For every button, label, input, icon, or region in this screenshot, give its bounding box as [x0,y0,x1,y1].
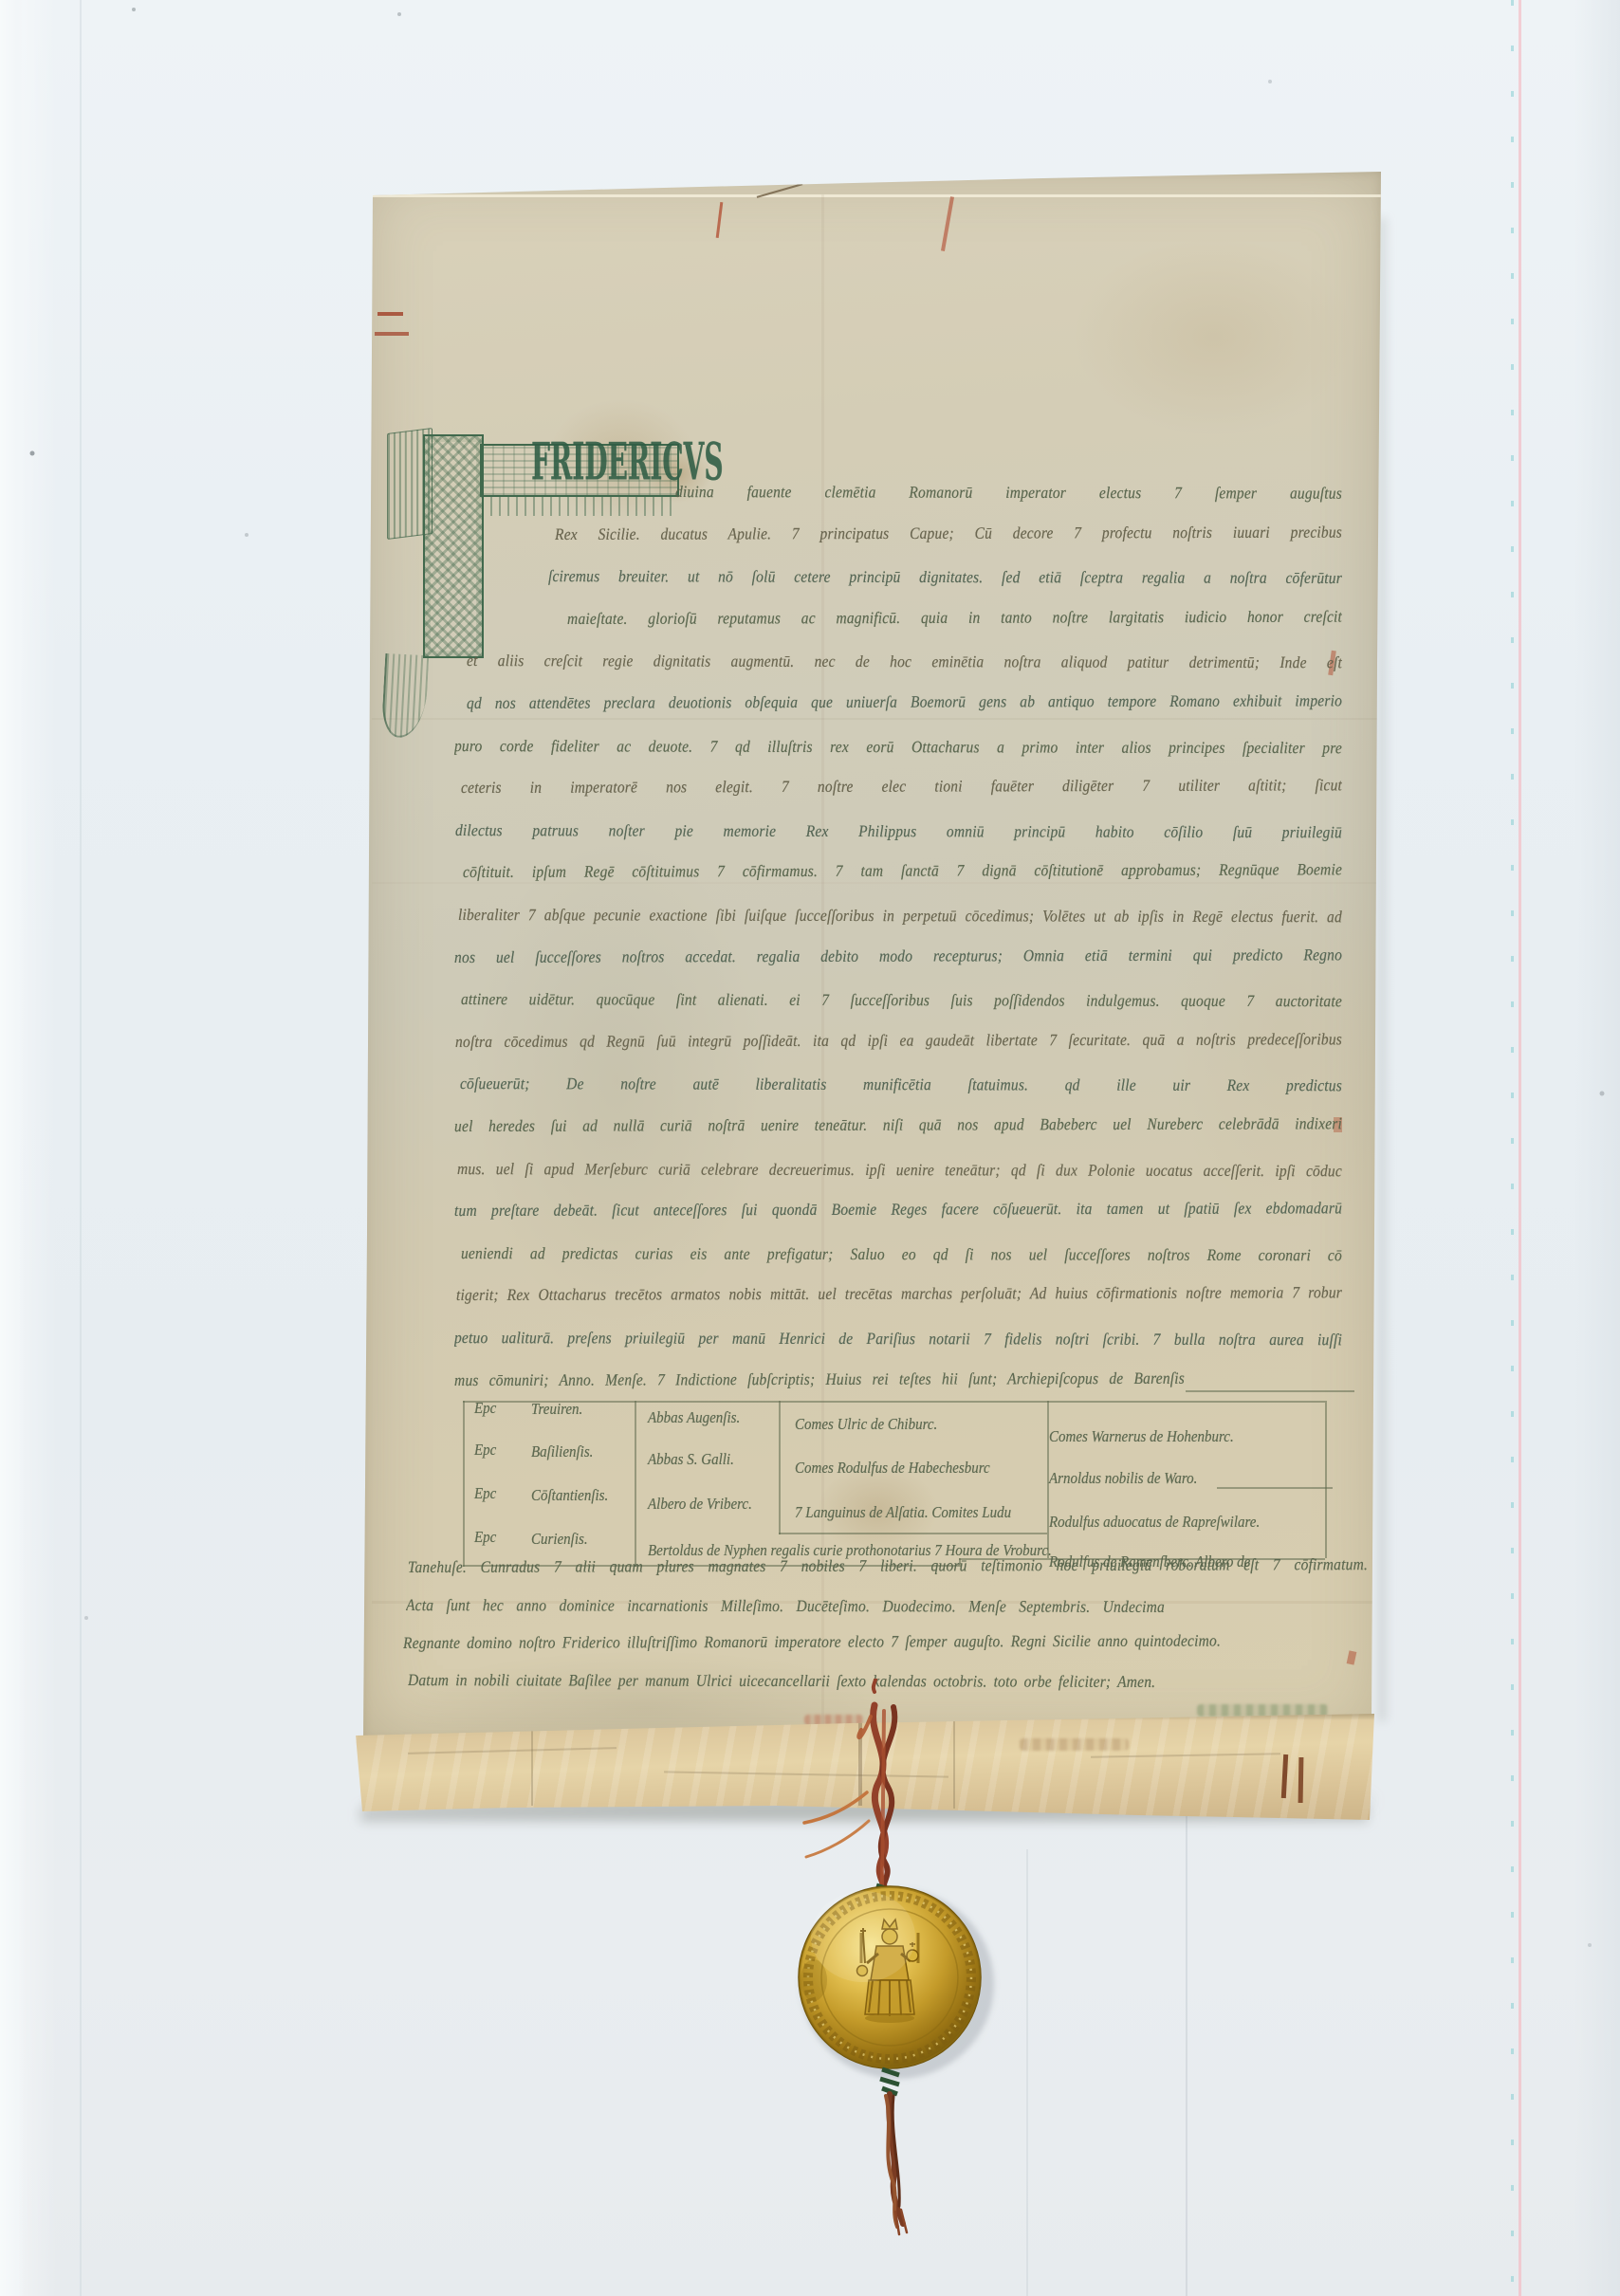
photograph-of-charter: F FRIDERICVS diuina fauente clemētia Rom… [0,0,1620,2296]
manuscript-line: maieſtate. glorioſū reputamus ac magnifi… [567,604,1342,635]
witness-cell: Epc [474,1442,496,1460]
red-stain-mark [716,202,724,238]
witness-cell: Cōſtantienſis. [531,1488,608,1506]
manuscript-line: cōſtituit. ipſum Regē cōſtituimus 7 cōfi… [463,856,1342,888]
witness-cell: Rodulfus aduocatus de Rapreſwilare. [1049,1515,1260,1533]
cord-tassel [886,2094,907,2234]
plica-wrinkle [1091,1753,1280,1757]
witness-cell: Epc [474,1401,496,1419]
red-edge-mark [1347,1650,1357,1664]
seal-assembly [768,1679,1034,2248]
manuscript-line: ceteris in imperatorē nos elegit. 7 noſt… [461,772,1342,803]
manuscript-line: nos uel ſucceſſores noſtros accedat. reg… [454,942,1342,973]
backdrop-right-band [1574,0,1620,2296]
table-rule [463,1401,465,1567]
manuscript-line: et aliis creſcit regie dignitatis augmen… [467,648,1342,678]
table-rule [1325,1401,1327,1558]
ruler-cyan-ticks [1511,0,1514,2296]
backdrop-seam [1186,1802,1187,2296]
manuscript-line: uel heredes ſui ad nullā curiā noſtrā ue… [454,1111,1342,1142]
witness-cell: Baſilienſis. [531,1444,593,1462]
closing-line: Acta ſunt hec anno dominice incarnationi… [406,1592,1165,1623]
manuscript-line: cōſueuerūt; De noſtre autē liberalitatis… [460,1071,1342,1101]
dust-specks [0,0,2,2]
faded-green-note [1197,1704,1328,1717]
seal-highlight [811,1891,915,1982]
plica-crease [531,1718,533,1806]
silk-cord-braid [804,1679,894,1893]
table-rule [779,1533,1047,1534]
manuscript-line: dilectus patruus noſter pie memorie Rex … [455,817,1342,848]
witness-cell: Abbas Augenſis. [648,1410,740,1428]
witness-cell: Epc [474,1530,496,1548]
backdrop-seam [80,0,82,2296]
red-margin-mark [377,312,403,316]
plica-mark-stroke [1281,1754,1288,1798]
witness-cell: Comes Ulric de Chiburc. [795,1417,937,1435]
closing-line: Tanehuſe. Cunradus 7 alii quam plures ma… [408,1552,1368,1583]
table-rule [635,1401,636,1567]
witness-cell: Comes Rodulfus de Habechesburc [795,1460,990,1479]
witness-cell: Curienſis. [531,1532,588,1550]
ruler-pink-line [1519,0,1521,2296]
manuscript-line: noſtra cōcedimus qd Regnū ſuū integrū po… [455,1026,1342,1057]
manuscript-line: tigerit; Rex Ottacharus trecētos armatos… [456,1279,1342,1311]
manuscript-line: qd nos attendētes preclara deuotionis ob… [467,688,1342,719]
initial-letter: F [377,427,378,428]
witness-cell: 7 Languinus de Alſatia. Comites Ludu [795,1505,1011,1523]
plica-faint-scribble [1020,1738,1129,1751]
witness-cell: Treuiren. [531,1402,582,1420]
table-rule [779,1401,781,1534]
manuscript-line: ſciremus breuiter. ut nō ſolū cetere pri… [548,563,1342,594]
manuscript-line: tum preſtare debeāt. ſicut anteceſſores … [454,1195,1342,1226]
witness-cell: Albero de Vriberc. [648,1497,752,1515]
initial-drapery-curl [381,653,430,739]
parchment-sheet: F FRIDERICVS diuina fauente clemētia Rom… [363,172,1381,1739]
manuscript-line: ueniendi ad predictas curias eis ante pr… [461,1240,1342,1271]
witness-cell: Comes Warnerus de Hohenburc. [1049,1429,1234,1447]
testes-dash [1186,1390,1354,1392]
closing-line: Regnante domino noſtro Friderico illuſtr… [403,1627,1221,1659]
manuscript-line: puro corde fideliter ac deuote. 7 qd ill… [454,733,1342,763]
red-margin-mark [375,332,409,336]
plica-mark-stroke [1298,1757,1304,1803]
witness-cell: Epc [474,1486,496,1504]
backdrop-left-strip [0,0,25,2296]
manuscript-line: petuo ualiturā. preſens priuilegiū per m… [454,1325,1342,1355]
plica-wrinkle [408,1747,617,1754]
parchment-top-edge [372,194,1381,197]
manuscript-line: liberaliter 7 abſque pecunie exactione ſ… [458,902,1342,932]
witness-dash [1217,1487,1333,1489]
witness-cell: Abbas S. Galli. [648,1452,734,1470]
initial-ornament-row [482,497,672,516]
manuscript-line: Rex Sicilie. ducatus Apulie. 7 principat… [555,520,1342,551]
witness-cell: Arnoldus nobilis de Waro. [1049,1471,1197,1489]
manuscript-line: attinere uidētur. quocūque ſint alienati… [461,986,1342,1017]
manuscript-line: mus cōmuniri; Anno. Menſe. 7 Indictione … [454,1366,1185,1396]
red-stain-mark [941,196,954,251]
manuscript-line: diuina fauente clemētia Romanorū imperat… [675,479,1342,509]
manuscript-line: mus. uel ſi apud Merſeburc curiā celebra… [457,1156,1342,1186]
stain [1072,237,1356,436]
table-rule [463,1401,1325,1403]
initial-lattice-bar [423,434,484,658]
